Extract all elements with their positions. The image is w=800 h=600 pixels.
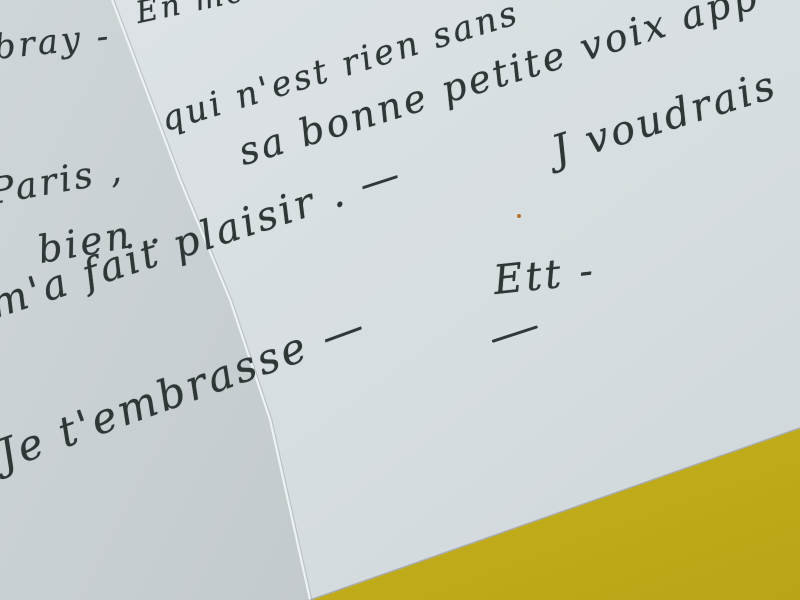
ink-stain	[517, 214, 521, 218]
photo-scene: En me bray - qui n'est rien sans Paris ,…	[0, 0, 800, 600]
